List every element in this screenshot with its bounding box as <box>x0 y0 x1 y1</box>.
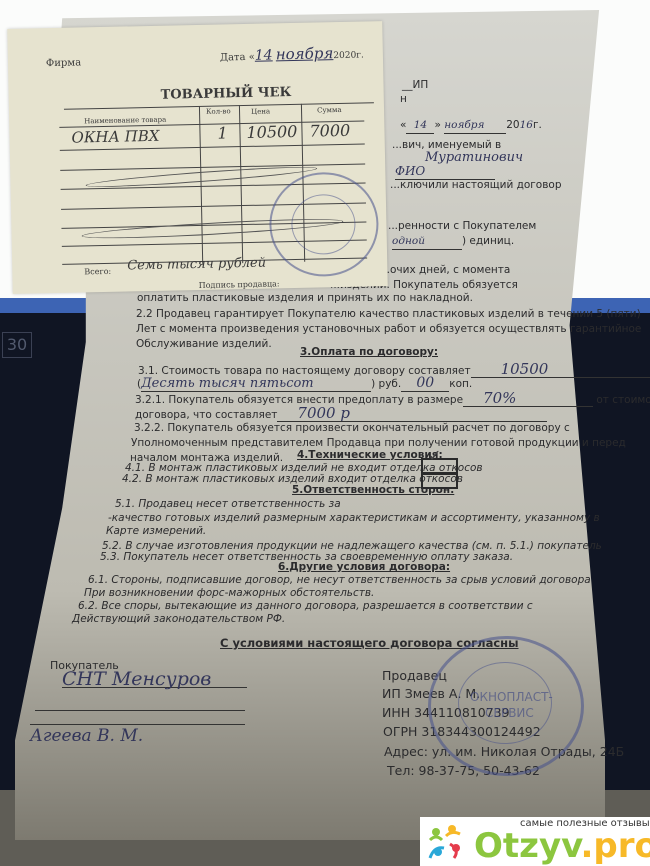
stamp-center-1: ОКНОПЛАСТ- <box>470 690 553 704</box>
row-qty: 1 <box>217 123 228 142</box>
sec2-line-2: 2.2 Продавец гарантирует Покупателю каче… <box>136 307 641 322</box>
otzyv-logo-icon <box>426 822 466 862</box>
col-header-sum: Сумма <box>317 106 342 115</box>
header-days: ...очих дней, с момента <box>380 263 510 278</box>
header-units: одной) единиц. <box>392 234 514 250</box>
sec5-line-3: Карте измерений. <box>106 524 206 539</box>
receipt-firm-label: Фирма <box>46 57 81 69</box>
sec3-heading: 3.Оплата по договору: <box>300 345 438 360</box>
col-header-price: Цена <box>251 107 270 115</box>
row-sum: 7000 <box>309 121 350 141</box>
row-price: 10500 <box>246 122 297 142</box>
row-name: ОКНА ПВХ <box>71 127 159 147</box>
header-concluded: ...ключили настоящий договор <box>390 178 562 193</box>
sec5-line-1: 5.1. Продавец несет ответственность за <box>115 497 341 512</box>
receipt-title: ТОВАРНЫЙ ЧЕК <box>161 85 292 103</box>
buyer-signature-1: СНТ Менсуров <box>62 672 247 688</box>
receipt-total-value: Семь тысяч рублей <box>127 256 266 274</box>
buyer-line-2 <box>35 710 245 711</box>
receipt-total-label: Всего: <box>84 267 111 277</box>
header-date: «14» ноября2016г. <box>400 118 542 134</box>
sales-receipt: Фирма Дата «14 ноября2020г. ТОВАРНЫЙ ЧЕК… <box>7 21 387 294</box>
header-power: ...ренности с Покупателем <box>388 219 536 234</box>
sec3-final-1: 3.2.2. Покупатель обязуется произвести о… <box>134 421 570 436</box>
header-fragment: н <box>400 92 407 107</box>
sec5-heading: 5.Ответственность сторон: <box>292 483 454 498</box>
header-ip: __ИП <box>402 78 428 93</box>
buyer-line-3 <box>30 724 245 725</box>
sec3-cost-words: (Десять тысяч пятьсот) руб.00коп. <box>137 376 472 392</box>
receipt-signature-label: Подпись продавца: <box>199 279 280 290</box>
stamp-center-2: СЕРВИС <box>485 706 534 720</box>
sec6-line-4: Действующий законодательством РФ. <box>72 612 285 627</box>
checkmark-icon: ✓ <box>428 448 441 463</box>
monitor-readout: 30 <box>2 332 32 358</box>
sec2-line-4: Обслуживание изделий. <box>136 337 272 352</box>
watermark-brand[interactable]: Otzyv.pro <box>474 826 650 866</box>
buyer-signature-2: Агеева В. М. <box>30 729 143 744</box>
col-header-qty: Кол-во <box>206 107 231 116</box>
receipt-date: Дата «14 ноября2020г. <box>220 43 364 64</box>
header-buyer-name: Муратинович <box>425 150 523 165</box>
sec2-line-3: Лет с момента произведения установочных … <box>136 322 641 337</box>
sec2-line-1: оплатить пластиковые изделия и принять и… <box>137 291 473 306</box>
